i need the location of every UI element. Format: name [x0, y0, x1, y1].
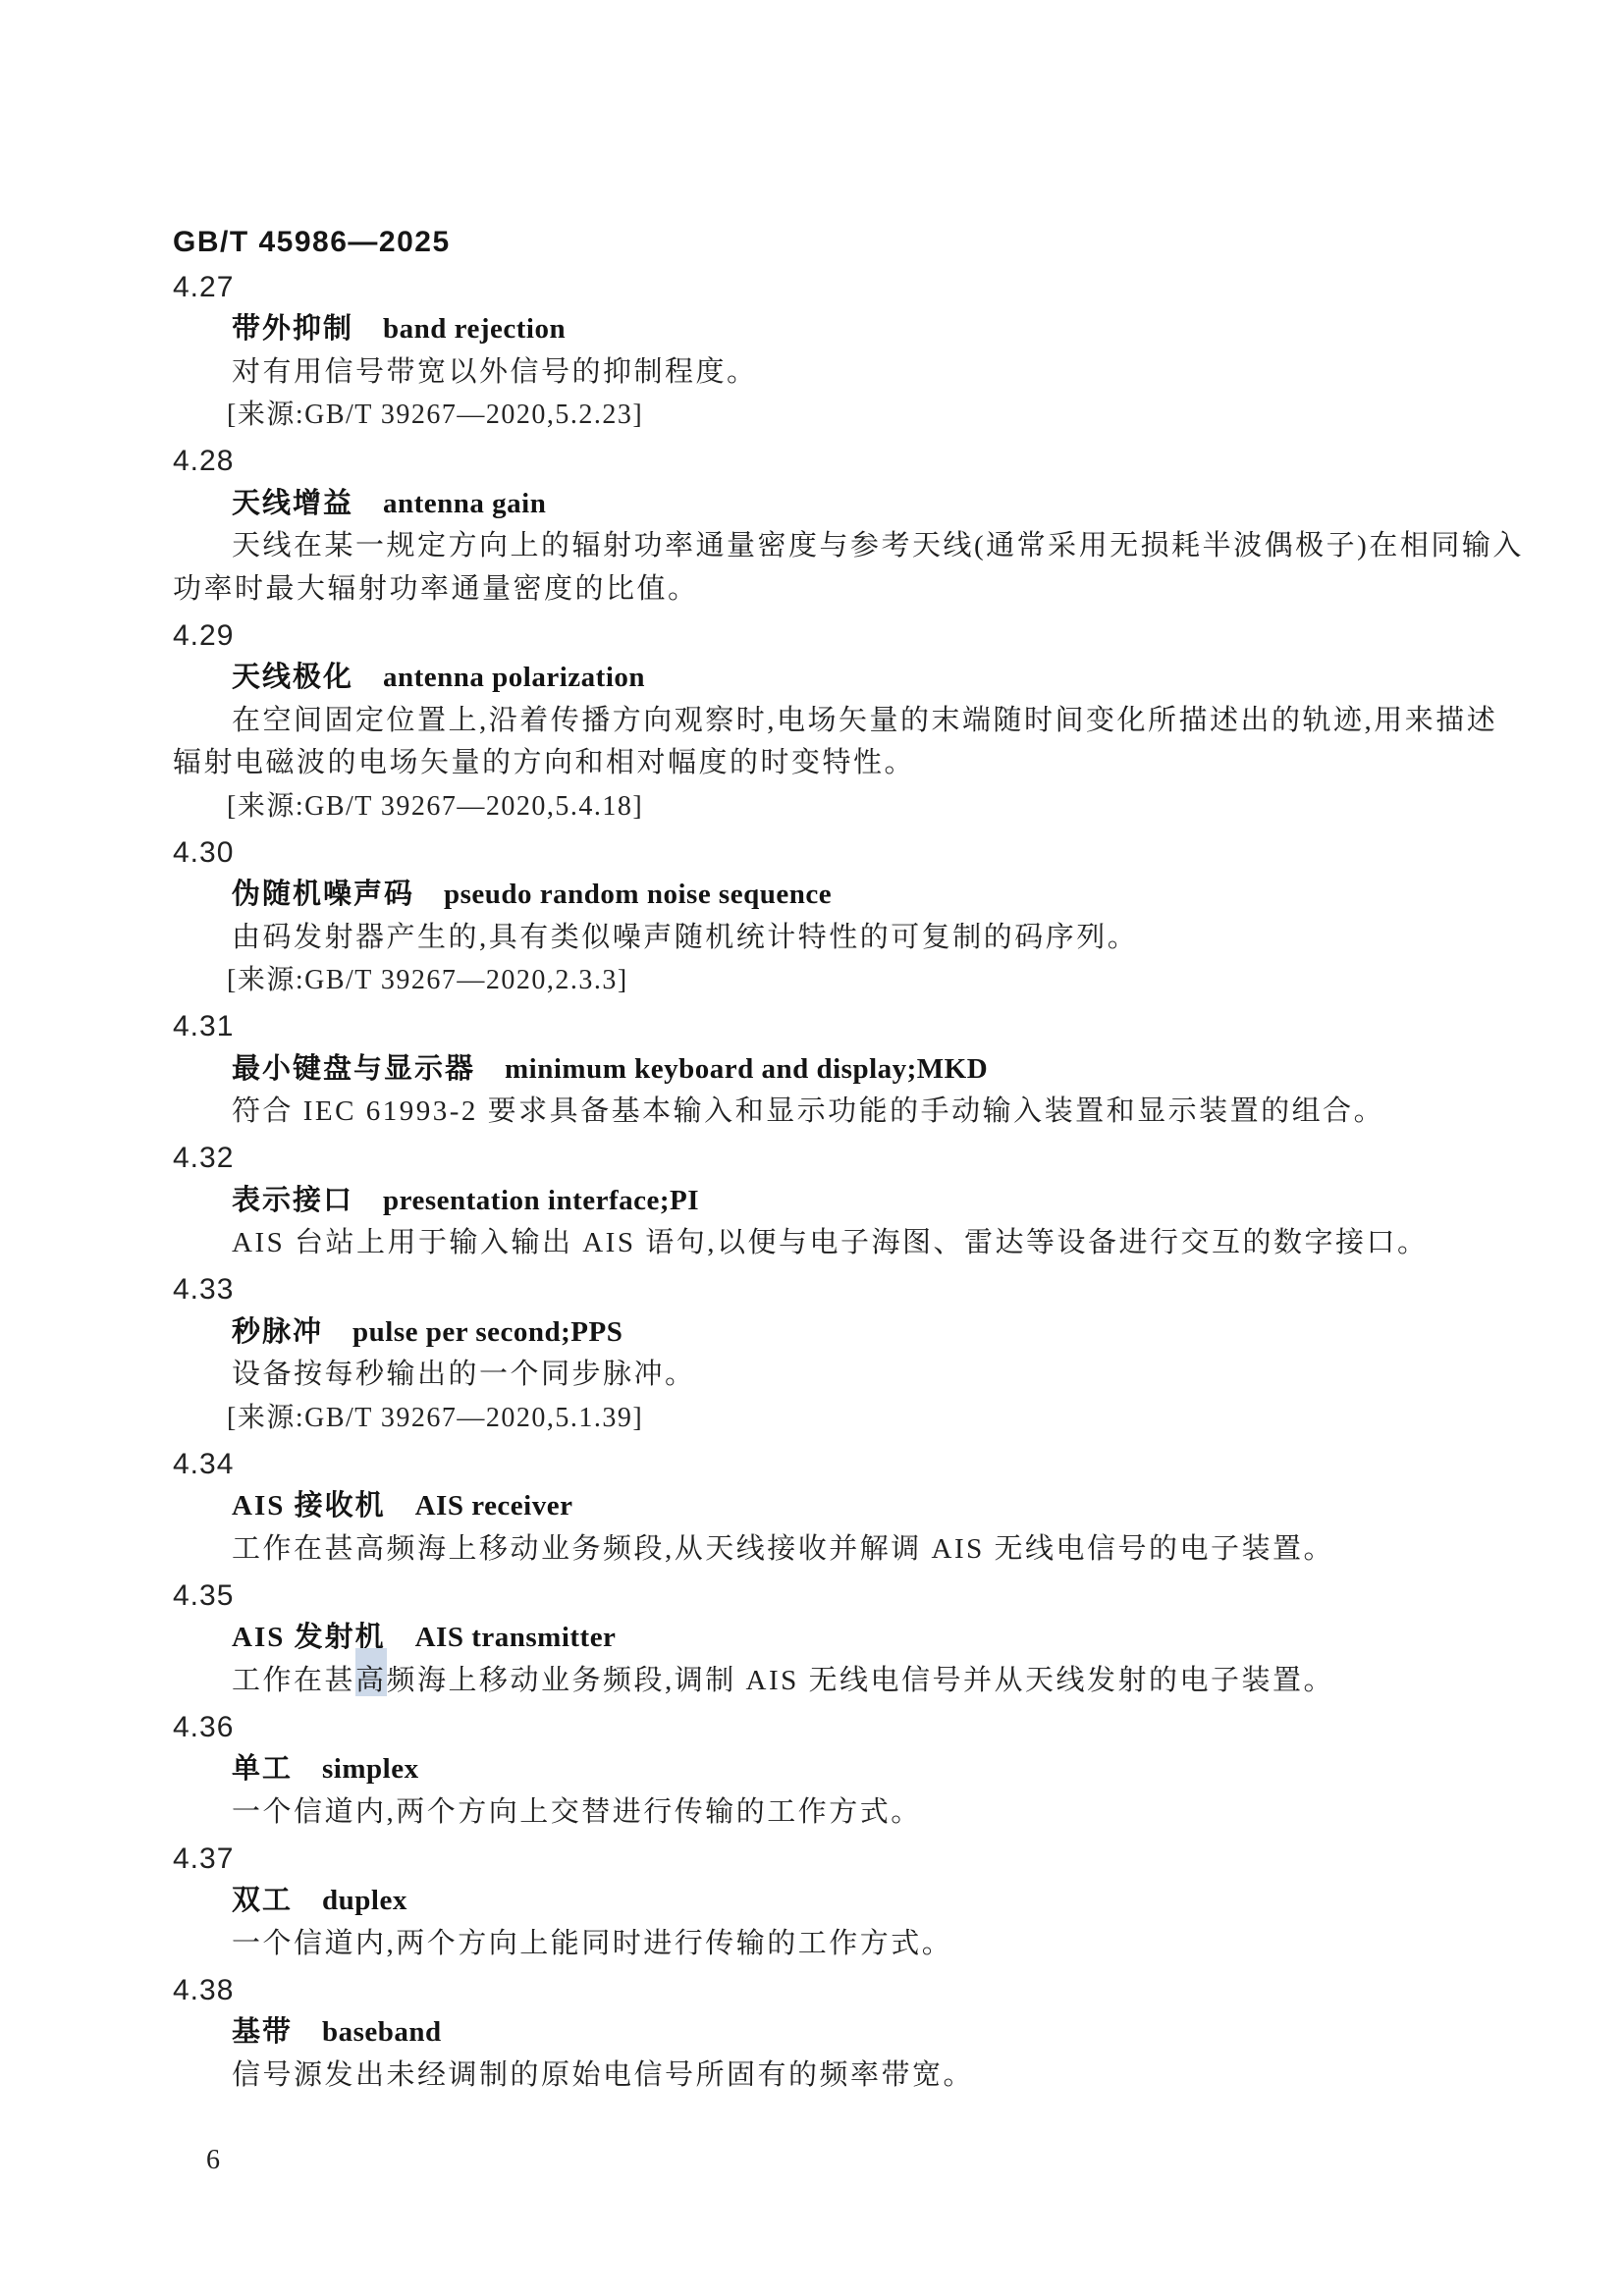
source-citation: [来源:GB/T 39267—2020,5.2.23]: [173, 394, 1489, 437]
term-english: simplex: [322, 1753, 419, 1785]
term-english: AIS receiver: [415, 1490, 573, 1522]
term-english: duplex: [322, 1885, 407, 1916]
term-chinese: AIS 发射机: [232, 1622, 386, 1653]
definition-lines: 一个信道内,两个方向上交替进行传输的工作方式。: [173, 1791, 1489, 1835]
term-english: presentation interface;PI: [383, 1185, 699, 1216]
term-chinese: 最小键盘与显示器: [232, 1053, 475, 1085]
clause-number: 4.30: [173, 831, 1489, 875]
term-chinese: 带外抑制: [232, 313, 353, 345]
definition-line: 一个信道内,两个方向上交替进行传输的工作方式。: [173, 1791, 1489, 1835]
term-line: 双工duplex: [173, 1880, 1489, 1923]
term-line: 最小键盘与显示器minimum keyboard and display;MKD: [173, 1048, 1489, 1092]
clause-number: 4.29: [173, 614, 1489, 658]
source-citation: [来源:GB/T 39267—2020,5.1.39]: [173, 1397, 1489, 1440]
clause-number: 4.31: [173, 1005, 1489, 1048]
term-chinese: 表示接口: [232, 1185, 353, 1216]
definition-line: 在空间固定位置上,沿着传播方向观察时,电场矢量的末端随时间变化所描述出的轨迹,用…: [173, 700, 1489, 743]
terminology-section: 4.33 秒脉冲pulse per second;PPS 设备按每秒输出的一个同…: [173, 1268, 1489, 1439]
clause-number: 4.32: [173, 1137, 1489, 1180]
terminology-section: 4.34 AIS 接收机AIS receiver 工作在甚高频海上移动业务频段,…: [173, 1443, 1489, 1572]
definition-lines: 工作在甚高频海上移动业务频段,调制 AIS 无线电信号并从天线发射的电子装置。: [173, 1660, 1489, 1703]
source-citation: [来源:GB/T 39267—2020,2.3.3]: [173, 959, 1489, 1002]
definition-lines: 信号源发出未经调制的原始电信号所固有的频率带宽。: [173, 2055, 1489, 2098]
definition-line: 设备按每秒输出的一个同步脉冲。: [173, 1354, 1489, 1397]
definition-lines: 在空间固定位置上,沿着传播方向观察时,电场矢量的末端随时间变化所描述出的轨迹,用…: [173, 700, 1489, 785]
definition-line: 一个信道内,两个方向上能同时进行传输的工作方式。: [173, 1923, 1489, 1966]
definition-lines: 对有用信号带宽以外信号的抑制程度。: [173, 351, 1489, 395]
clause-number: 4.35: [173, 1575, 1489, 1618]
clause-number: 4.27: [173, 266, 1489, 309]
term-english: AIS transmitter: [415, 1622, 617, 1653]
term-english: pulse per second;PPS: [352, 1316, 623, 1348]
term-english: baseband: [322, 2016, 442, 2048]
term-line: 基带baseband: [173, 2011, 1489, 2055]
term-line: 天线极化antenna polarization: [173, 657, 1489, 700]
terminology-section: 4.30 伪随机噪声码pseudo random noise sequence …: [173, 831, 1489, 1002]
terminology-section: 4.28 天线增益antenna gain 天线在某一规定方向上的辐射功率通量密…: [173, 440, 1489, 611]
term-english: band rejection: [383, 313, 566, 345]
term-chinese: 单工: [232, 1753, 293, 1785]
clause-number: 4.37: [173, 1838, 1489, 1881]
clause-number: 4.36: [173, 1706, 1489, 1749]
definition-line: 信号源发出未经调制的原始电信号所固有的频率带宽。: [173, 2055, 1489, 2098]
term-line: AIS 接收机AIS receiver: [173, 1485, 1489, 1528]
terminology-list: 4.27 带外抑制band rejection 对有用信号带宽以外信号的抑制程度…: [173, 262, 1489, 2097]
selection-highlight: 高: [355, 1665, 387, 1696]
terminology-section: 4.35 AIS 发射机AIS transmitter 工作在甚高频海上移动业务…: [173, 1575, 1489, 1703]
term-line: 秒脉冲pulse per second;PPS: [173, 1311, 1489, 1355]
term-chinese: 基带: [232, 2016, 293, 2048]
definition-line: 辐射电磁波的电场矢量的方向和相对幅度的时变特性。: [173, 742, 1489, 785]
term-line: 带外抑制band rejection: [173, 308, 1489, 351]
clause-number: 4.34: [173, 1443, 1489, 1486]
definition-lines: AIS 台站上用于输入输出 AIS 语句,以便与电子海图、雷达等设备进行交互的数…: [173, 1222, 1489, 1265]
clause-number: 4.28: [173, 440, 1489, 483]
definition-lines: 一个信道内,两个方向上能同时进行传输的工作方式。: [173, 1923, 1489, 1966]
definition-line: 功率时最大辐射功率通量密度的比值。: [173, 568, 1489, 612]
term-chinese: 秒脉冲: [232, 1316, 323, 1348]
definition-line: AIS 台站上用于输入输出 AIS 语句,以便与电子海图、雷达等设备进行交互的数…: [173, 1222, 1489, 1265]
term-line: AIS 发射机AIS transmitter: [173, 1617, 1489, 1660]
document-page: GB/T 45986—2025 4.27 带外抑制band rejection …: [0, 0, 1624, 2296]
terminology-section: 4.37 双工duplex 一个信道内,两个方向上能同时进行传输的工作方式。: [173, 1838, 1489, 1966]
definition-lines: 由码发射器产生的,具有类似噪声随机统计特性的可复制的码序列。: [173, 917, 1489, 960]
term-english: minimum keyboard and display;MKD: [505, 1053, 988, 1085]
term-chinese: 天线增益: [232, 488, 353, 519]
page-number: 6: [206, 2143, 220, 2178]
definition-lines: 符合 IEC 61993-2 要求具备基本输入和显示功能的手动输入装置和显示装置…: [173, 1091, 1489, 1134]
term-english: pseudo random noise sequence: [444, 879, 832, 910]
clause-number: 4.38: [173, 1969, 1489, 2012]
term-english: antenna polarization: [383, 662, 645, 693]
terminology-section: 4.38 基带baseband 信号源发出未经调制的原始电信号所固有的频率带宽。: [173, 1969, 1489, 2098]
definition-lines: 工作在甚高频海上移动业务频段,从天线接收并解调 AIS 无线电信号的电子装置。: [173, 1528, 1489, 1572]
term-line: 单工simplex: [173, 1748, 1489, 1791]
term-chinese: 双工: [232, 1885, 293, 1916]
term-chinese: 天线极化: [232, 662, 353, 693]
definition-line: 天线在某一规定方向上的辐射功率通量密度与参考天线(通常采用无损耗半波偶极子)在相…: [173, 525, 1489, 568]
clause-number: 4.33: [173, 1268, 1489, 1311]
terminology-section: 4.36 单工simplex 一个信道内,两个方向上交替进行传输的工作方式。: [173, 1706, 1489, 1835]
definition-line: 工作在甚高频海上移动业务频段,调制 AIS 无线电信号并从天线发射的电子装置。: [173, 1660, 1489, 1703]
terminology-section: 4.29 天线极化antenna polarization 在空间固定位置上,沿…: [173, 614, 1489, 828]
term-chinese: AIS 接收机: [232, 1490, 386, 1522]
definition-line: 由码发射器产生的,具有类似噪声随机统计特性的可复制的码序列。: [173, 917, 1489, 960]
terminology-section: 4.31 最小键盘与显示器minimum keyboard and displa…: [173, 1005, 1489, 1134]
definition-line: 对有用信号带宽以外信号的抑制程度。: [173, 351, 1489, 395]
source-citation: [来源:GB/T 39267—2020,5.4.18]: [173, 785, 1489, 828]
definition-lines: 设备按每秒输出的一个同步脉冲。: [173, 1354, 1489, 1397]
definition-line: 符合 IEC 61993-2 要求具备基本输入和显示功能的手动输入装置和显示装置…: [173, 1091, 1489, 1134]
terminology-section: 4.27 带外抑制band rejection 对有用信号带宽以外信号的抑制程度…: [173, 266, 1489, 437]
definition-line: 工作在甚高频海上移动业务频段,从天线接收并解调 AIS 无线电信号的电子装置。: [173, 1528, 1489, 1572]
term-line: 天线增益antenna gain: [173, 483, 1489, 526]
definition-lines: 天线在某一规定方向上的辐射功率通量密度与参考天线(通常采用无损耗半波偶极子)在相…: [173, 525, 1489, 611]
term-chinese: 伪随机噪声码: [232, 879, 414, 910]
term-line: 伪随机噪声码pseudo random noise sequence: [173, 874, 1489, 917]
term-line: 表示接口presentation interface;PI: [173, 1180, 1489, 1223]
term-english: antenna gain: [383, 488, 546, 519]
standard-number-header: GB/T 45986—2025: [173, 224, 451, 261]
terminology-section: 4.32 表示接口presentation interface;PI AIS 台…: [173, 1137, 1489, 1265]
